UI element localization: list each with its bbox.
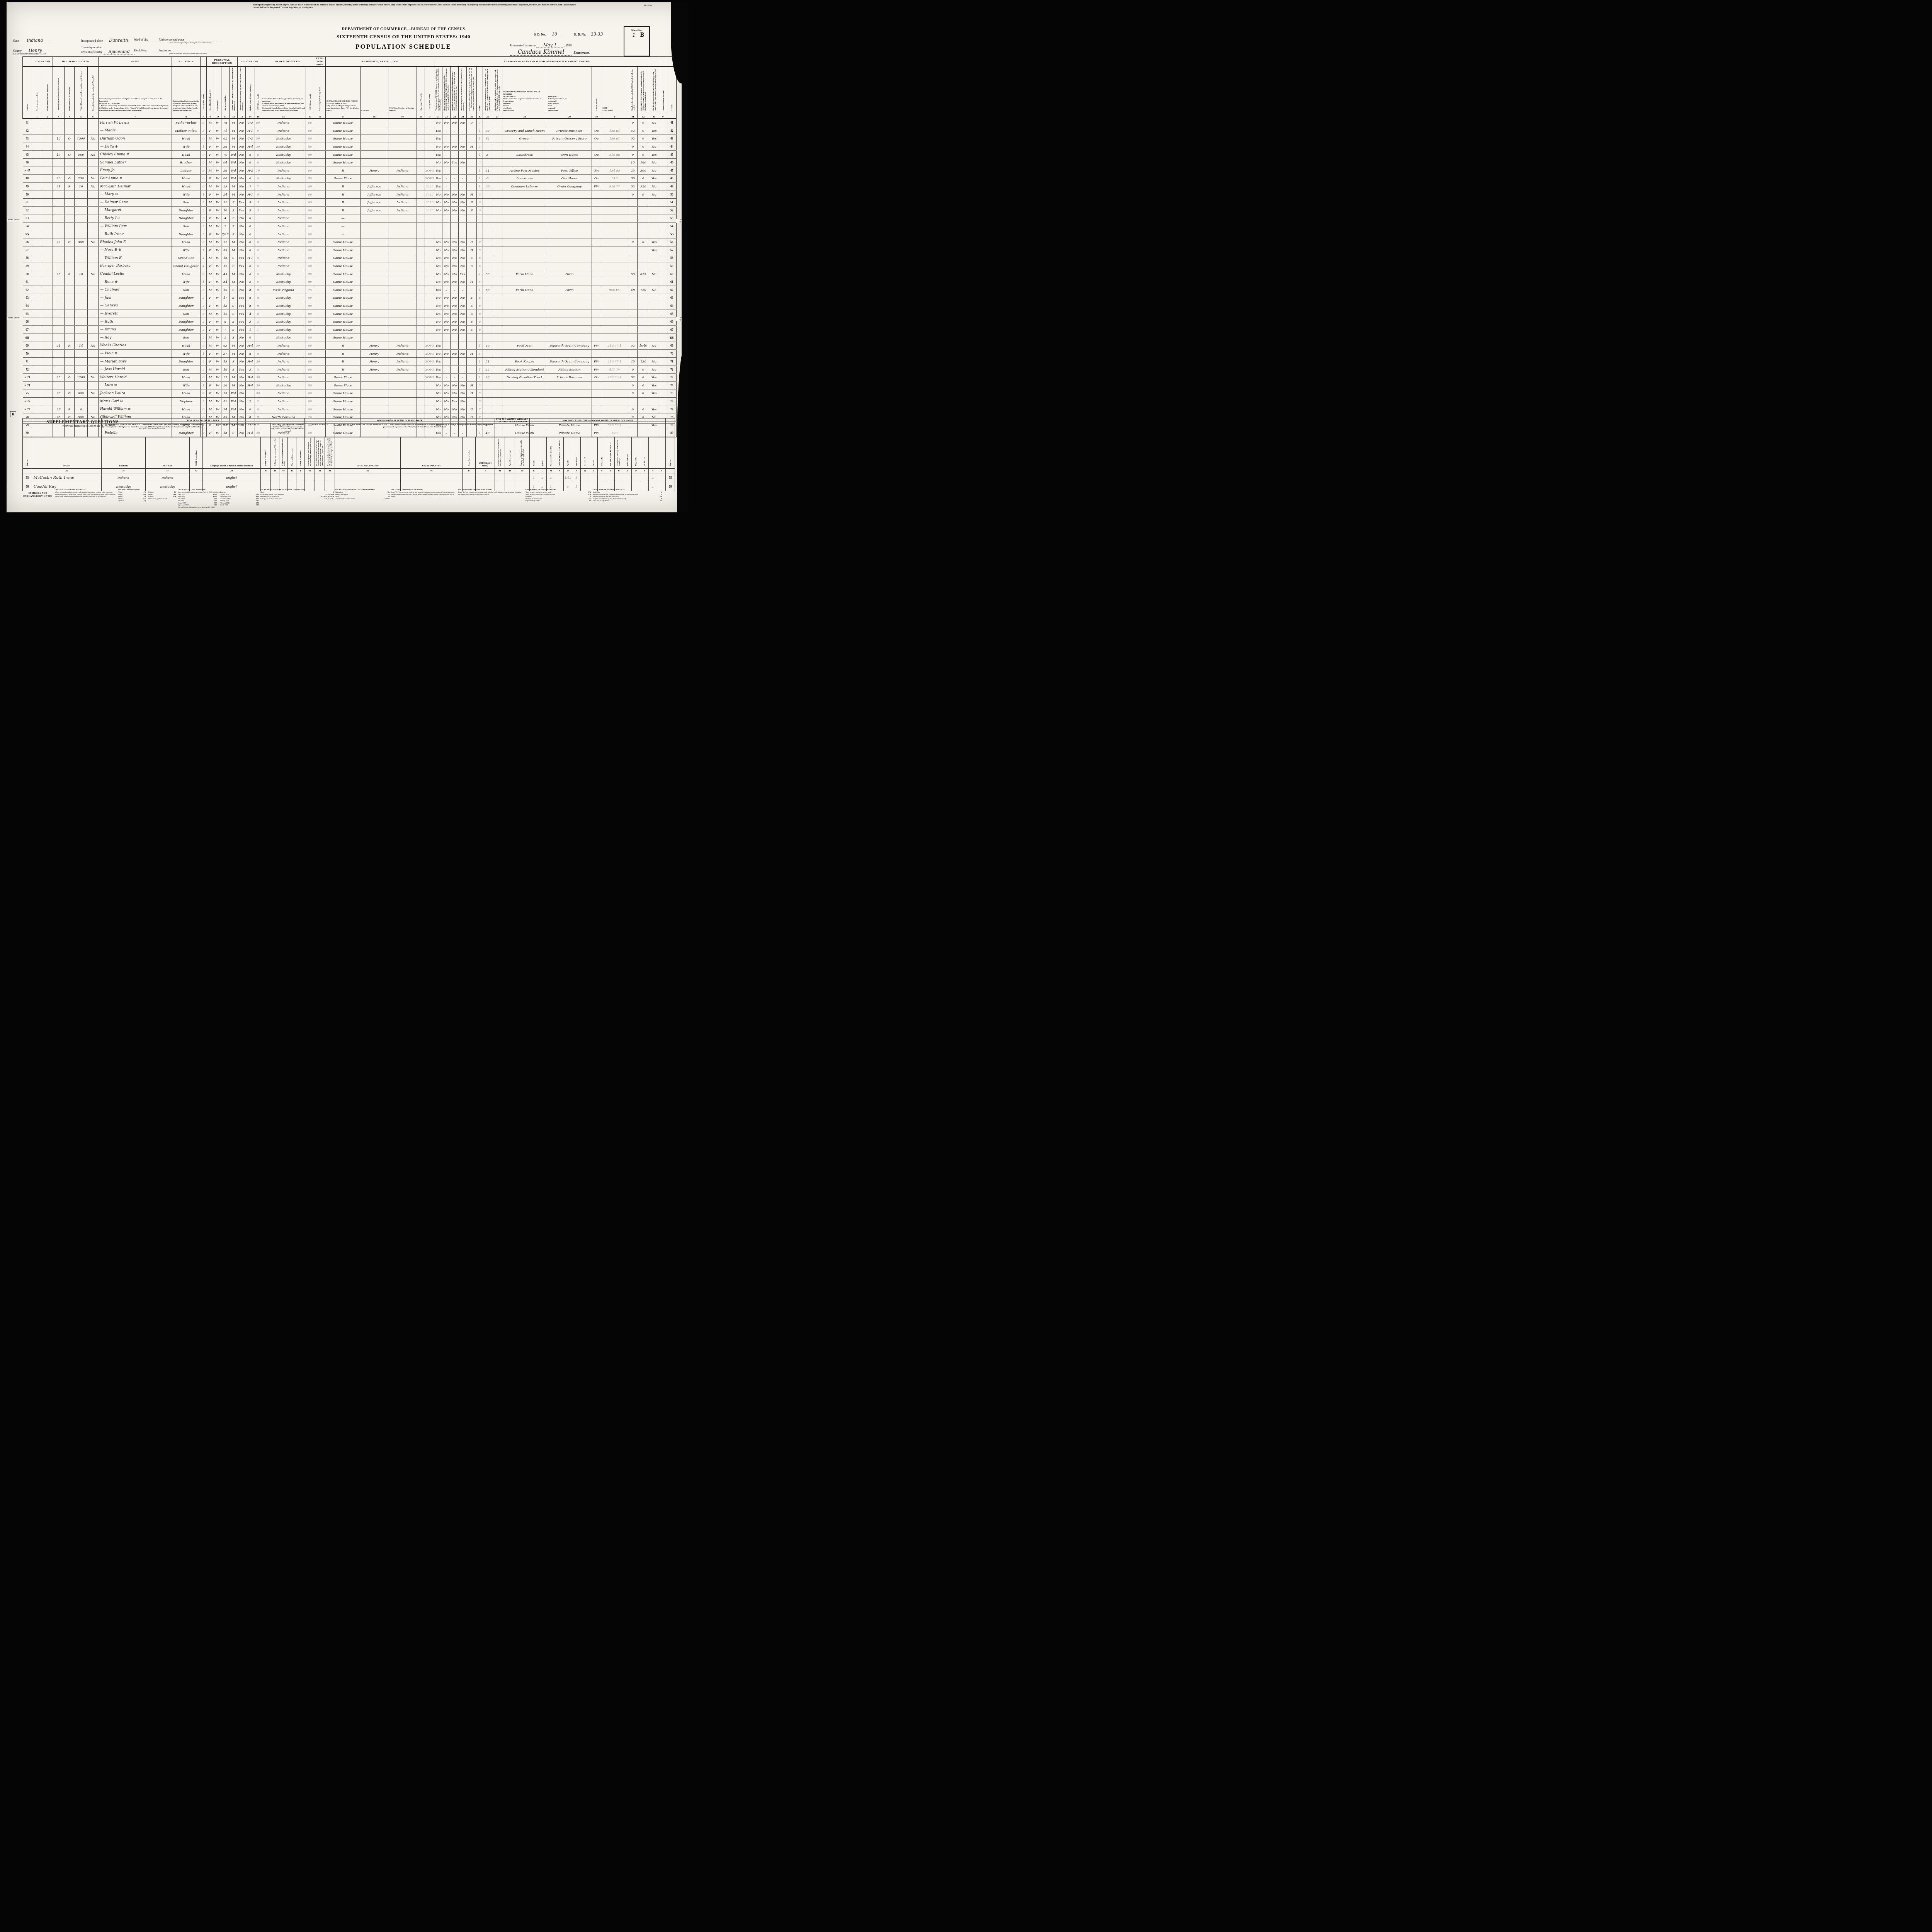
cell-20-line54 [417,222,425,230]
cell-28-line66 [502,318,547,326]
column-header-11: Age at last birthday [221,66,230,113]
cell-5-line57 [75,246,88,254]
sup-column-desc-V: Wks. wkd. (31) [626,454,628,466]
cell-11-line63: 17 [221,294,230,302]
cell-1-line48 [32,175,42,183]
cell-1-line74 [32,381,42,389]
cell-2-line55 [42,230,53,238]
cell-17-line77: Same House [326,405,361,413]
cell-8-line59: Grand Daughter [172,262,201,270]
cell-8-line47: Lodger [172,167,201,175]
cell-A-line48: 0 [201,175,207,183]
cell-ln-line65: 65 [23,310,32,318]
sup-cell-K-line55: 1 [530,473,538,482]
cell-25-line57: H [467,246,477,254]
cell-23-line46: Yes [451,158,459,167]
cell-34-line64 [659,302,667,310]
column-header-33: Did this person receive income of $50 or… [649,66,659,113]
sheet-number-box: Sheet No. 1 B [624,26,650,56]
cell-33-line75: Yes [649,389,659,398]
cell-B-line64: 8 [255,302,261,310]
cell-11-line58: 16 [221,254,230,262]
cell-ln-line48: 48 [23,175,32,183]
cell-29-line53 [547,214,592,223]
cell-D-line67 [425,326,434,334]
cell-1-line53 [32,214,42,223]
cell-23-line48: – [451,175,459,183]
column-number-14: 14 [246,113,255,119]
cell-B-line68 [255,334,261,342]
person-row-47: 47Emay JoLodger6MW58WdNoH-210Indiana60RH… [23,167,677,175]
cell-E-line63: 6 [477,294,483,302]
cell-ln2-line44: 44 [667,143,677,151]
cell-C-line42: 60 [306,127,314,135]
sup-column-header-lnr: Line No. [666,437,675,469]
cell-5-line48: 230 [75,175,88,183]
sup-subband-blank [666,423,675,437]
cell-16-line45 [314,151,326,159]
cell-20-line74 [417,381,425,389]
cell-3-line62 [53,286,65,294]
cell-14-line53: 0 [246,214,255,223]
cell-4-line71 [65,357,75,366]
cell-24-line64: No [459,302,467,310]
cell-18-line69: Henry [361,342,388,350]
cell-12-line57: M [230,246,238,254]
cell-33-line61 [649,278,659,286]
cell-F-line69: 218 77 1 [601,342,628,350]
sup-column-desc-P: Mar. st. (12) [575,456,577,466]
cell-4-line59 [65,262,75,270]
cell-18-line56 [361,238,388,246]
cell-E-line43: 1 [477,135,483,143]
cell-1-line65 [32,310,42,318]
cell-A-line53: 2 [201,214,207,223]
cell-22-line64: No [442,302,451,310]
cell-16-line44 [314,143,326,151]
cell-10-line41: W [214,119,221,127]
cell-F-line46 [601,158,628,167]
cell-22-line65: No [442,310,451,318]
sup-column-desc-44: If so, were deductions made from (1) all… [327,437,333,466]
cell-10-line52: W [214,206,221,214]
note-col16: Col. 16. CITIZENSHIP OF THE FOREIGN BORN… [335,488,389,512]
cell-5-line66 [75,318,88,326]
cell-14-line54: 0 [246,222,255,230]
cell-11-line48: 60 [221,175,230,183]
cell-18-line44 [361,143,388,151]
cell-C-line75: 60 [306,389,314,398]
cell-17-line46: Same House [326,158,361,167]
cell-9-line71: F [207,357,214,366]
column-header-2: House number (in cities and towns) [42,66,53,113]
sup-cell-43-line55 [315,473,325,482]
cell-13-line51: Yes [238,198,246,206]
cell-D-line72: XOV3 [425,366,434,374]
cell-3-line55 [53,230,65,238]
column-header-3: Number of household in order of visitati… [53,66,65,113]
cell-B-line41: 60 [255,119,261,127]
cell-2-line62 [42,286,53,294]
cell-ln2-line43: 43 [667,135,677,143]
sup-column-number-35: 35 [32,469,102,473]
cell-21-line44: No [434,143,442,151]
cell-28-line48: Laundress [502,175,547,183]
cell-22-line50: No [442,190,451,199]
cell-12-line73: M [230,374,238,382]
cell-15-line61: Kentucky [261,278,306,286]
cell-14-line59: 6 [246,262,255,270]
cell-20-line48 [417,175,425,183]
cell-14-line77: 6 [246,405,255,413]
cell-22-line63: No [442,294,451,302]
cell-28-line45: Laundress [502,151,547,159]
cell-10-line71: W [214,357,221,366]
cell-E-line64: 6 [477,302,483,310]
cell-7-line56: Rhodes John E [99,238,172,246]
cell-4-line54 [65,222,75,230]
cell-20-line77 [417,405,425,413]
column-desc-7: Name of each person whose usual place of… [99,97,172,113]
cell-24-line65: No [459,310,467,318]
cell-34-line53 [659,214,667,223]
cell-5-line76 [75,397,88,405]
cell-19-line51: Indiana [388,198,417,206]
cell-23-line66: No [451,318,459,326]
cell-31-line74: 0 [628,381,638,389]
cell-17-line68: Same House [326,334,361,342]
cell-6-line55 [88,230,99,238]
cell-27-line60 [492,270,502,278]
cell-3-line41 [53,119,65,127]
cell-21-line59: No [434,262,442,270]
cell-13-line43: No [238,135,246,143]
cell-30-line54 [592,222,601,230]
note-item: Unpaid family workerNP [526,500,591,502]
cell-28-line61 [502,278,547,286]
sup-cell-44-line55 [325,473,335,482]
cell-23-line60: No [451,270,459,278]
cell-9-line60: M [207,270,214,278]
sup-subband-place-of-birth-of-father-and: PLACE OF BIRTH OF FATHER AND MOTHER — If… [102,423,203,437]
column-desc-16: Citizenship of the foreign born [319,87,321,111]
column-number-20: 20 [417,113,425,119]
cell-ln2-line54: 54 [667,222,677,230]
cell-1-line63 [32,294,42,302]
cell-4-line41 [65,119,75,127]
cell-32-line58 [638,254,649,262]
cell-16-line63 [314,294,326,302]
cell-16-line65 [314,310,326,318]
cell-19-line57 [388,246,417,254]
cell-3-line71 [53,357,65,366]
cell-6-line75: No [88,389,99,398]
ed-label: E. D. No. [574,33,586,36]
cell-14-line68: 0 [246,334,255,342]
cell-30-line68 [592,334,601,342]
cell-22-line69: – [442,342,451,350]
cell-17-line53: — [326,214,361,223]
cell-ln-line58: 58 [23,254,32,262]
cell-25-line46 [467,158,477,167]
cell-31-line46: 15 [628,158,638,167]
cell-34-line57 [659,246,667,254]
cell-13-line76: No [238,397,246,405]
cell-22-line48: – [442,175,451,183]
cell-B-line56: 6 [255,238,261,246]
column-desc-31: Number of weeks worked in 1939 (Equivale… [631,67,635,111]
sup-column-header-V: Wks. wkd. (31) [623,437,632,469]
column-number-B: B [255,113,261,119]
cell-6-line45: No [88,151,99,159]
cell-12-line70: M [230,350,238,358]
cell-6-line72 [88,366,99,374]
column-header-26: If at private or nonemergency Government… [483,66,492,113]
cell-4-line45: O [65,151,75,159]
cell-10-line68: W [214,334,221,342]
cell-26-line55 [483,230,492,238]
cell-9-line65: M [207,310,214,318]
cell-20-line75 [417,389,425,398]
sup-cell-41-line55 [288,473,296,482]
cell-25-line62 [467,286,477,294]
column-group-blank [659,57,667,67]
sup-cell-X-line55 [640,473,649,482]
cell-33-line69: No [649,342,659,350]
cell-12-line42: M [230,127,238,135]
note-symbols: SYMBOLS AND EXPLANATORY NOTES [22,488,53,512]
cell-22-line62: – [442,286,451,294]
cell-30-line52 [592,206,601,214]
cell-22-line68 [442,334,451,342]
cell-33-line64 [649,302,659,310]
cell-19-line41 [388,119,417,127]
column-header-34: Number of Farm Schedule [659,66,667,113]
cell-13-line63: Yes [238,294,246,302]
cell-D-line55 [425,230,434,238]
cell-17-line47: R [326,167,361,175]
cell-17-line75: Same House [326,389,361,398]
cell-34-line71 [659,357,667,366]
sup-column-header-48: Has this woman been married more than on… [495,437,505,469]
cell-D-line68 [425,334,434,342]
sup-column-number-Q: Q [581,469,589,473]
cell-B-line63: 8 [255,294,261,302]
column-group-household-data: HOUSEHOLD DATA [53,57,99,67]
cell-31-line52 [628,206,638,214]
cell-22-line59: No [442,262,451,270]
cell-18-line57 [361,246,388,254]
cell-25-line51: S [467,198,477,206]
cell-24-line67: No [459,326,467,334]
field-state: State Indiana [13,38,50,43]
cell-14-line62: 8 [246,286,255,294]
cell-B-line70: 8 [255,350,261,358]
cell-25-line63: S [467,294,477,302]
cell-12-line55: S [230,230,238,238]
cell-30-line50 [592,190,601,199]
cell-ln-line44: 44 [23,143,32,151]
cell-A-line41: 3 [201,119,207,127]
cell-10-line56: W [214,238,221,246]
sup-column-desc-K: Ten (4) [533,460,535,466]
cell-16-line59 [314,262,326,270]
cell-33-line57: Yes [649,246,659,254]
cell-27-line69 [492,342,502,350]
cell-17-line73: Same Place [326,374,361,382]
cell-20-line56 [417,238,425,246]
cell-31-line75: 0 [628,389,638,398]
cell-17-line61: Same House [326,278,361,286]
cell-13-line57: No [238,246,246,254]
cell-28-line59 [502,262,547,270]
cell-ln2-line74: 74 [667,381,677,389]
cell-12-line60: M [230,270,238,278]
cell-20-line71 [417,357,425,366]
cell-16-line77 [314,405,326,413]
cell-9-line56: M [207,238,214,246]
sup-subband-veterans-is-this-person-a-ve: VETERANS — Is this person a veteran of t… [271,423,305,437]
cell-7-line61: — Rena ⊗ [99,278,172,286]
cell-10-line50: W [214,190,221,199]
cell-33-line44: No [649,143,659,151]
cell-8-line62: Son [172,286,201,294]
cell-2-line44 [42,143,53,151]
cell-22-line52: No [442,206,451,214]
cell-3-line73: 25 [53,374,65,382]
cell-9-line73: M [207,374,214,382]
cell-4-line42 [65,127,75,135]
cell-16-line50 [314,190,326,199]
cell-26-line77 [483,405,492,413]
note-col30-47: Cols. 30 and 47. CLASS OF WORKER:Wage or… [526,488,591,512]
cell-13-line62: No [238,286,246,294]
cell-18-line49: Jefferson [361,182,388,190]
cell-20-line58 [417,254,425,262]
state-label: State [13,39,19,43]
note-item: JapaneseJp [118,500,146,502]
sup-column-header-Q: Gr. com. (B) [581,437,589,469]
cell-26-line46 [483,158,492,167]
cell-29-line59 [547,262,592,270]
cell-32-line74: 0 [638,381,649,389]
sup-column-number-W: W [632,469,640,473]
cell-21-line71: Yes [434,357,442,366]
cell-32-line64 [638,302,649,310]
cell-28-line60: Farm Hand [502,270,547,278]
sup-column-desc-M: Fm. res. and Sex (6 and 9) [550,446,552,466]
sup-column-number-S: S [598,469,606,473]
cell-12-line66: S [230,318,238,326]
cell-9-line54: M [207,222,214,230]
cell-19-line66 [388,318,417,326]
cell-18-line64 [361,302,388,310]
cell-8-line48: Head [172,175,201,183]
cell-3-line60: 23 [53,270,65,278]
cell-27-line49 [492,182,502,190]
cell-28-line46 [502,158,547,167]
cell-27-line41 [492,119,502,127]
cell-23-line50: No [451,190,459,199]
cell-11-line70: 57 [221,350,230,358]
cell-8-line71: Daughter [172,357,201,366]
cell-34-line58 [659,254,667,262]
cell-E-line76: 3 [477,397,483,405]
cell-12-line50: M [230,190,238,199]
cell-31-line73: 52 [628,374,638,382]
cell-24-line63: No [459,294,467,302]
cell-15-line64: Kentucky [261,302,306,310]
sup-column-number-O: O [564,469,572,473]
cell-34-line70 [659,350,667,358]
sheet-label: Sheet No. [624,29,649,32]
cell-21-line46: No [434,158,442,167]
cell-3-line58 [53,254,65,262]
cell-E-line60: 4 [477,270,483,278]
cell-5-line56: 300 [75,238,88,246]
cell-11-line45: 70 [221,151,230,159]
person-row-54: 54— William BertSon2MW2SNo0Indiana60—54 [23,222,677,230]
cell-26-line49: 60 [483,182,492,190]
cell-32-line52 [638,206,649,214]
cell-27-line42 [492,127,502,135]
cell-6-line44 [88,143,99,151]
cell-30-line64 [592,302,601,310]
cell-21-line61: No [434,278,442,286]
cell-34-line46 [659,158,667,167]
cell-13-line60: No [238,270,246,278]
cell-A-line74: 1 [201,381,207,389]
cell-7-line50: — Mary ⊗ [99,190,172,199]
cell-25-line73 [467,374,477,382]
cell-C-line76: 60 [306,397,314,405]
cell-6-line49: No [88,182,99,190]
cell-A-line75: 0 [201,389,207,398]
cell-E-line42: 1 [477,127,483,135]
cell-ln2-line62: 62 [667,286,677,294]
cell-29-line71: Dunreith Grain Company [547,357,592,366]
cell-3-line47 [53,167,65,175]
cell-22-line61: No [442,278,451,286]
cell-13-line49: No [238,182,246,190]
sup-column-desc-42: Does this person have a Federal Social S… [308,437,311,466]
margin-b-box: B [10,411,16,417]
cell-ln2-line50: 50 [667,190,677,199]
column-desc-E: CODE [479,105,481,111]
cell-25-line67: S [467,326,477,334]
note-item-code: Jp [144,500,146,502]
cell-B-line55 [255,230,261,238]
cell-ln-line49: 49 [23,182,32,190]
cell-18-line59 [361,262,388,270]
cell-23-line43: – [451,135,459,143]
cell-32-line66 [638,318,649,326]
cell-4-line73: O [65,374,75,382]
cell-19-line46 [388,158,417,167]
cell-21-line45: Yes [434,151,442,159]
cell-1-line55 [32,230,42,238]
cell-D-line50: 6023 [425,190,434,199]
cell-34-line73 [659,374,667,382]
incorporated-place-label: Incorporated place [81,39,103,43]
column-header-6: Does this household live on a farm? (Yes… [88,66,99,113]
cell-11-line61: 34 [221,278,230,286]
cell-31-line72: 0 [628,366,638,374]
sup-cell-N-line55 [555,473,564,482]
cell-16-line60 [314,270,326,278]
cell-10-line75: W [214,389,221,398]
cell-F-line73: 420 60 4 [601,374,628,382]
